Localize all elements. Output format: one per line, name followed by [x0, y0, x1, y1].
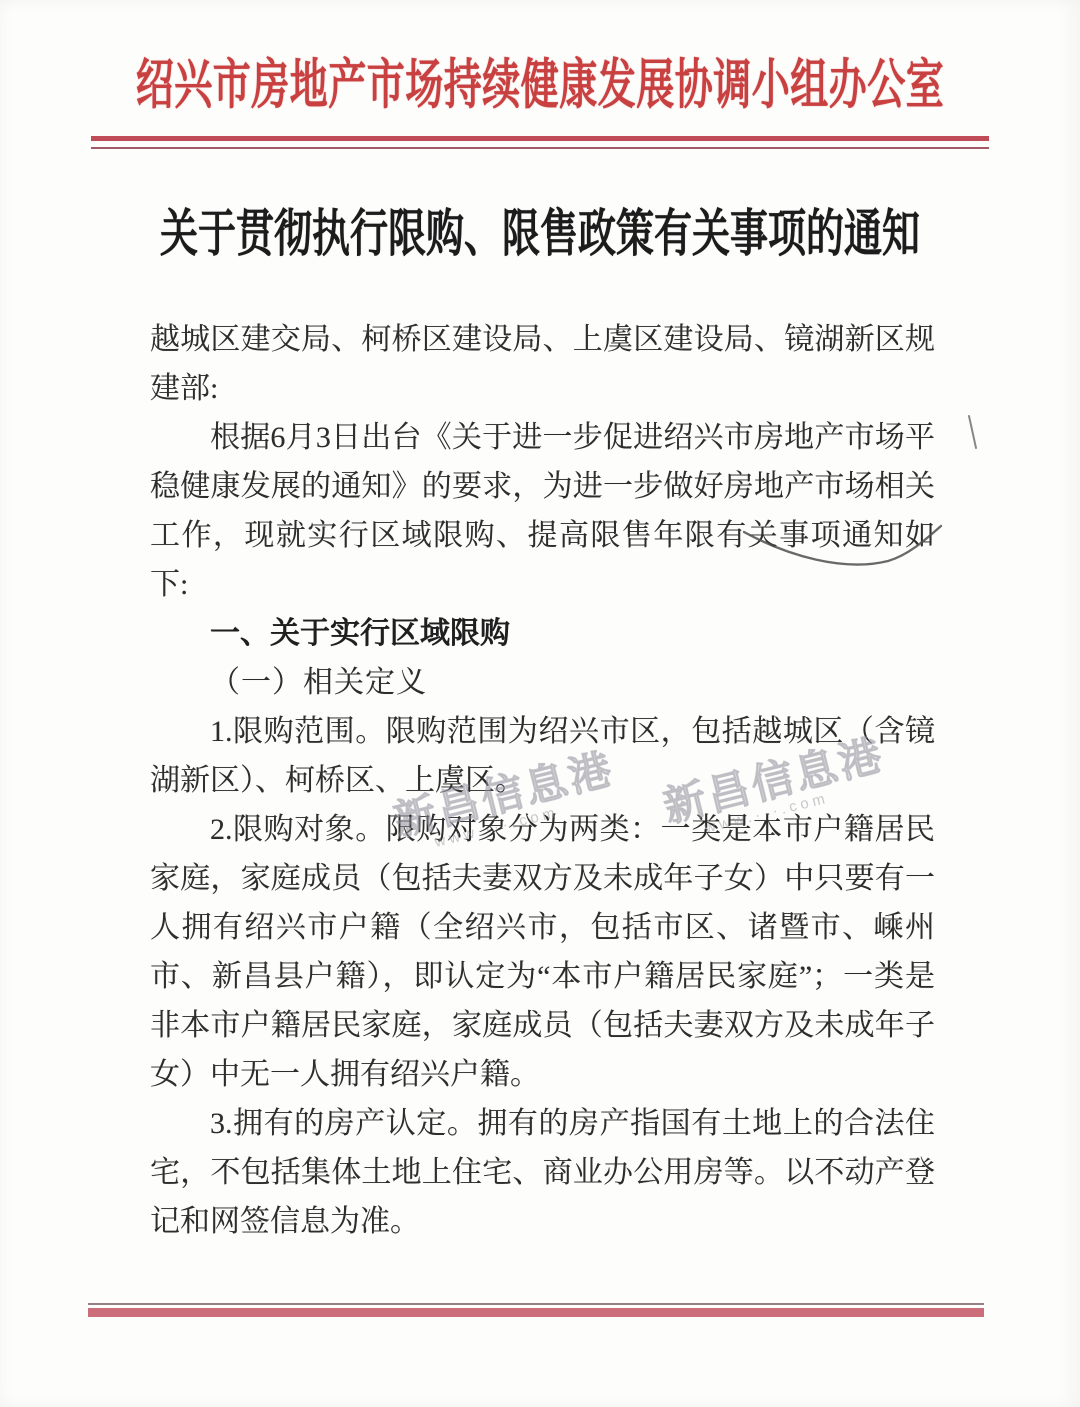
salutation: 越城区建交局、柯桥区建设局、上虞区建设局、镜湖新区规建部: — [150, 315, 935, 413]
document-body: 越城区建交局、柯桥区建设局、上虞区建设局、镜湖新区规建部: 根据6月3日出台《关… — [0, 315, 1080, 1246]
letterhead-rule-thick — [91, 136, 989, 141]
letterhead-divider — [91, 136, 989, 149]
document-title: 关于贯彻执行限购、限售政策有关事项的通知 — [0, 197, 1080, 273]
footer-rule-thick — [88, 1308, 984, 1317]
item-2-paragraph: 2.限购对象。限购对象分为两类：一类是本市户籍居民家庭，家庭成员（包括夫妻双方及… — [150, 805, 935, 1099]
intro-paragraph: 根据6月3日出台《关于进一步促进绍兴市房地产市场平稳健康发展的通知》的要求，为进… — [150, 413, 935, 609]
footer-rule-thin — [88, 1303, 984, 1305]
scanned-document-page: 绍兴市房地产市场持续健康发展协调小组办公室 关于贯彻执行限购、限售政策有关事项的… — [0, 0, 1080, 1407]
page-footer-divider — [88, 1303, 984, 1317]
letterhead-rule-thin — [91, 147, 989, 149]
item-1-paragraph: 1.限购范围。限购范围为绍兴市区，包括越城区（含镜湖新区）、柯桥区、上虞区。 — [150, 707, 935, 805]
item-3-paragraph: 3.拥有的房产认定。拥有的房产指国有土地上的合法住宅，不包括集体土地上住宅、商业… — [150, 1099, 935, 1246]
section-1-subheading: （一）相关定义 — [150, 658, 935, 707]
section-1-heading: 一、关于实行区域限购 — [150, 609, 935, 658]
letterhead-org-name: 绍兴市房地产市场持续健康发展协调小组办公室 — [0, 46, 1080, 126]
